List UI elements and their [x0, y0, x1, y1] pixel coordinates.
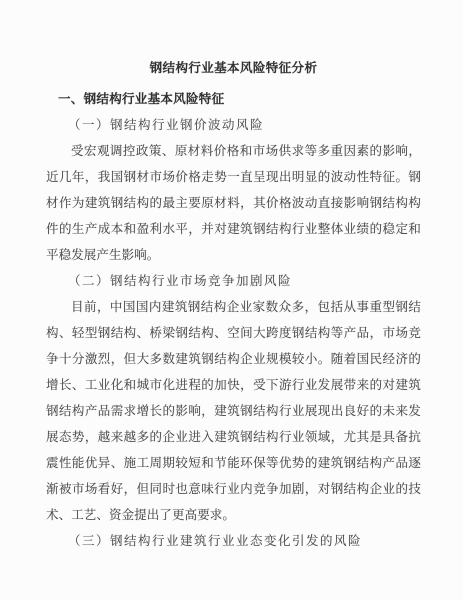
subsection-2-heading: （二）钢结构行业市场竞争加剧风险	[68, 268, 421, 294]
subsection-3-heading: （三）钢结构行业建筑行业业态变化引发的风险	[68, 528, 421, 554]
document-title: 钢结构行业基本风险特征分析	[46, 55, 421, 81]
document-page: 钢结构行业基本风险特征分析 一、钢结构行业基本风险特征 （一）钢结构行业钢价波动…	[0, 0, 463, 600]
subsection-2-paragraph: 目前，中国国内建筑钢结构企业家数众多，包括从事重型钢结构、轻型钢结构、桥梁钢结构…	[46, 294, 421, 528]
subsection-1-heading: （一）钢结构行业钢价波动风险	[68, 112, 421, 138]
section-heading: 一、钢结构行业基本风险特征	[58, 86, 421, 112]
subsection-1-paragraph: 受宏观调控政策、原材料价格和市场供求等多重因素的影响，近几年，我国钢材市场价格走…	[46, 138, 421, 268]
